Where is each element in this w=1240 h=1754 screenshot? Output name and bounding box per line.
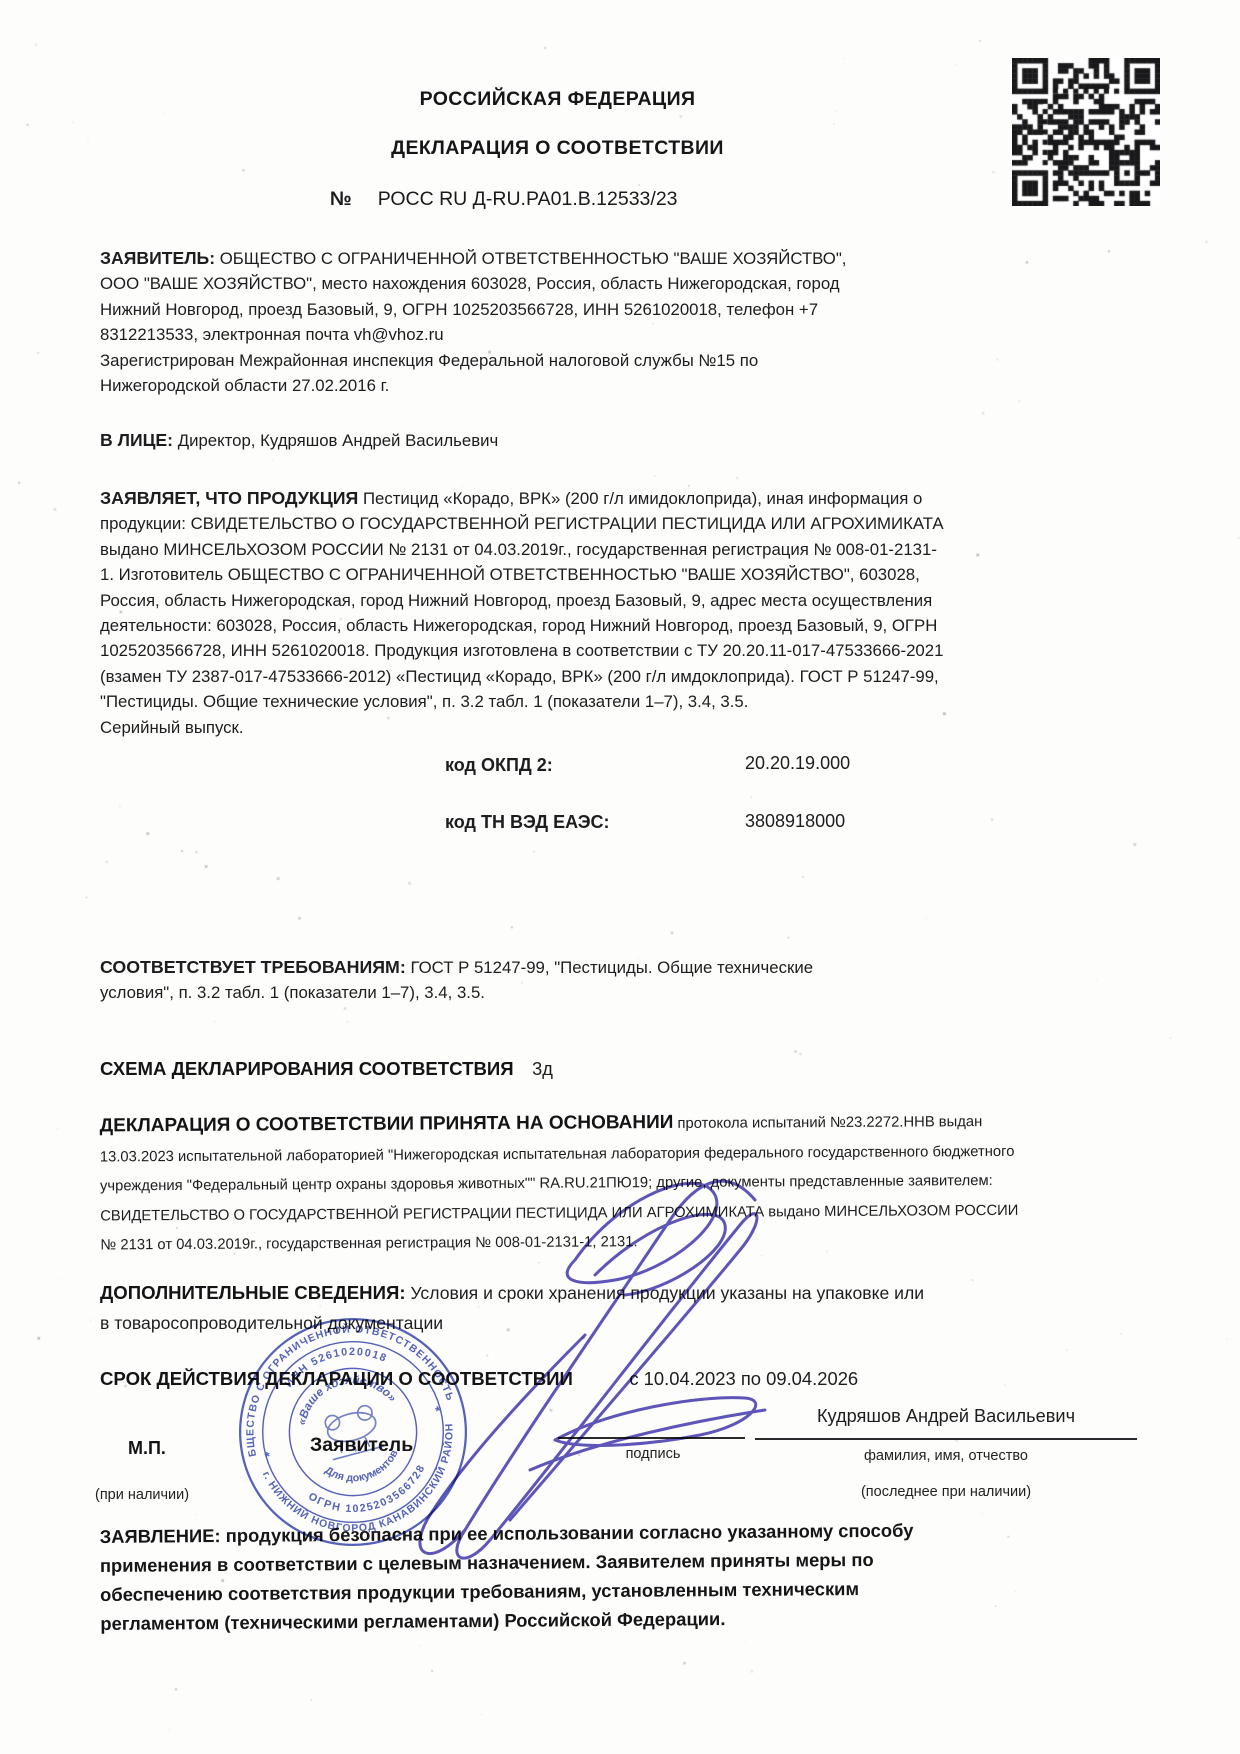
okpd-label: код ОКПД 2: bbox=[445, 755, 553, 775]
product-declaration-section: ЗАЯВЛЯЕТ, ЧТО ПРОДУКЦИЯ Пестицид «Корадо… bbox=[100, 486, 1225, 740]
name-caption: фамилия, имя, отчество bbox=[755, 1448, 1137, 1464]
tnved-row: код ТН ВЭД ЕАЭС: bbox=[445, 812, 610, 833]
basis-label: ДЕКЛАРАЦИЯ О СООТВЕТСТВИИ ПРИНЯТА НА ОСН… bbox=[100, 1112, 674, 1137]
document-title: ДЕКЛАРАЦИЯ О СООТВЕТСТВИИ bbox=[100, 137, 1015, 160]
declaration-number-row: №РОСС RU Д-RU.РА01.В.12533/23 bbox=[330, 188, 678, 211]
scheme-label: СХЕМА ДЕКЛАРИРОВАНИЯ СООТВЕТСТВИЯ bbox=[100, 1058, 514, 1079]
tnved-label: код ТН ВЭД ЕАЭС: bbox=[445, 812, 610, 832]
declaration-number: РОСС RU Д-RU.РА01.В.12533/23 bbox=[378, 188, 678, 210]
handwritten-signature bbox=[370, 1140, 800, 1580]
conformity-requirements-section: СООТВЕТСТВУЕТ ТРЕБОВАНИЯМ: ГОСТ Р 51247-… bbox=[100, 955, 1220, 1006]
declares-label: ЗАЯВЛЯЕТ, ЧТО ПРОДУКЦИЯ bbox=[100, 488, 358, 508]
declaration-document-page: РОССИЙСКАЯ ФЕДЕРАЦИЯ ДЕКЛАРАЦИЯ О СООТВЕ… bbox=[0, 0, 1240, 1754]
applicant-text: ОБЩЕСТВО С ОГРАНИЧЕННОЙ ОТВЕТСТВЕННОСТЬЮ… bbox=[100, 249, 846, 395]
okpd-value: 20.20.19.000 bbox=[745, 753, 850, 774]
mp-label: М.П. bbox=[128, 1438, 166, 1459]
person-label: В ЛИЦЕ: bbox=[100, 430, 173, 450]
stamp-star-left: * bbox=[263, 1448, 273, 1464]
signer-name: Кудряшов Андрей Васильевич bbox=[755, 1406, 1137, 1427]
qr-code bbox=[1012, 58, 1160, 206]
declares-text: Пестицид «Корадо, ВРК» (200 г/л имидокло… bbox=[100, 489, 944, 737]
additional-label: ДОПОЛНИТЕЛЬНЫЕ СВЕДЕНИЯ: bbox=[100, 1282, 406, 1303]
tnved-value: 3808918000 bbox=[745, 811, 845, 832]
signer-name-line bbox=[755, 1438, 1137, 1440]
applicant-section: ЗАЯВИТЕЛЬ: ОБЩЕСТВО С ОГРАНИЧЕННОЙ ОТВЕТ… bbox=[100, 246, 1220, 398]
name-caption-note: (последнее при наличии) bbox=[755, 1484, 1137, 1500]
person-text: Директор, Кудряшов Андрей Васильевич bbox=[178, 431, 499, 450]
okpd-row: код ОКПД 2: bbox=[445, 755, 553, 776]
statement-label: ЗАЯВЛЕНИЕ: bbox=[100, 1525, 221, 1547]
conforms-label: СООТВЕТСТВУЕТ ТРЕБОВАНИЯМ: bbox=[100, 957, 406, 977]
person-section: В ЛИЦЕ: Директор, Кудряшов Андрей Василь… bbox=[100, 428, 1220, 453]
mp-note: (при наличии) bbox=[95, 1487, 189, 1503]
scheme-value: 3д bbox=[532, 1059, 553, 1079]
applicant-label: ЗАЯВИТЕЛЬ: bbox=[100, 248, 215, 268]
number-label: № bbox=[330, 188, 352, 210]
declaration-scheme-row: СХЕМА ДЕКЛАРИРОВАНИЯ СООТВЕТСТВИЯ 3д bbox=[100, 1058, 553, 1080]
country-heading: РОССИЙСКАЯ ФЕДЕРАЦИЯ bbox=[100, 88, 1015, 111]
